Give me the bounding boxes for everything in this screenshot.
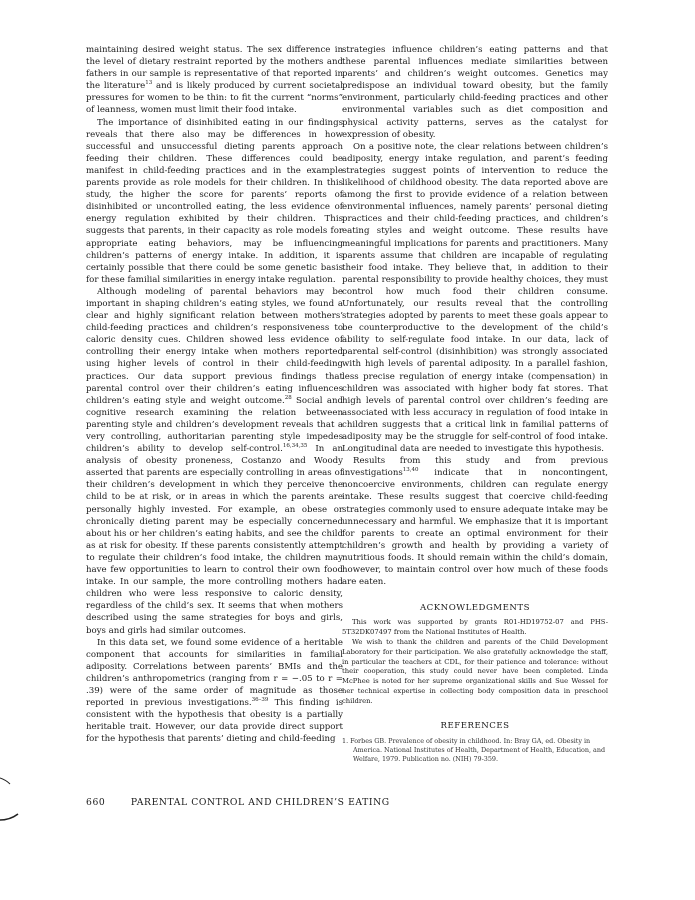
- reference-item: 1. Forbes GB. Prevalence of obesity in c…: [342, 737, 608, 765]
- running-title: PARENTAL CONTROL AND CHILDREN’S EATING: [131, 797, 390, 808]
- paragraph: Although modeling of parental behaviors …: [86, 286, 343, 637]
- citation: 36–39: [252, 697, 269, 703]
- references-heading: REFERENCES: [342, 720, 608, 732]
- page-footer: 660 PARENTAL CONTROL AND CHILDREN’S EATI…: [86, 797, 390, 808]
- acknowledgments-heading: ACKNOWLEDGMENTS: [342, 602, 608, 614]
- page-number: 660: [86, 797, 105, 808]
- paragraph: In this data set, we found some evidence…: [86, 637, 343, 746]
- acknowledgment-paragraph: This work was supported by grants R01-HD…: [342, 618, 608, 638]
- paragraph: strategies influence children’s eating p…: [342, 44, 608, 141]
- acknowledgment-paragraph: We wish to thank the children and parent…: [342, 638, 608, 707]
- paragraph: On a positive note, the clear relations …: [342, 141, 608, 455]
- paragraph: The importance of disinhibited eating in…: [86, 117, 343, 286]
- citation: 13,40: [403, 467, 419, 473]
- scan-margin-mark-icon: [0, 776, 22, 826]
- paragraph: maintaining desired weight status. The s…: [86, 44, 343, 117]
- right-column: strategies influence children’s eating p…: [342, 44, 608, 765]
- left-column: maintaining desired weight status. The s…: [86, 44, 343, 745]
- references-section: 1. Forbes GB. Prevalence of obesity in c…: [342, 737, 608, 765]
- citation: 28: [285, 395, 292, 401]
- acknowledgments-section: This work was supported by grants R01-HD…: [342, 618, 608, 706]
- paragraph: Results from this study and from previou…: [342, 455, 608, 588]
- citation: 16,34,35: [283, 443, 308, 449]
